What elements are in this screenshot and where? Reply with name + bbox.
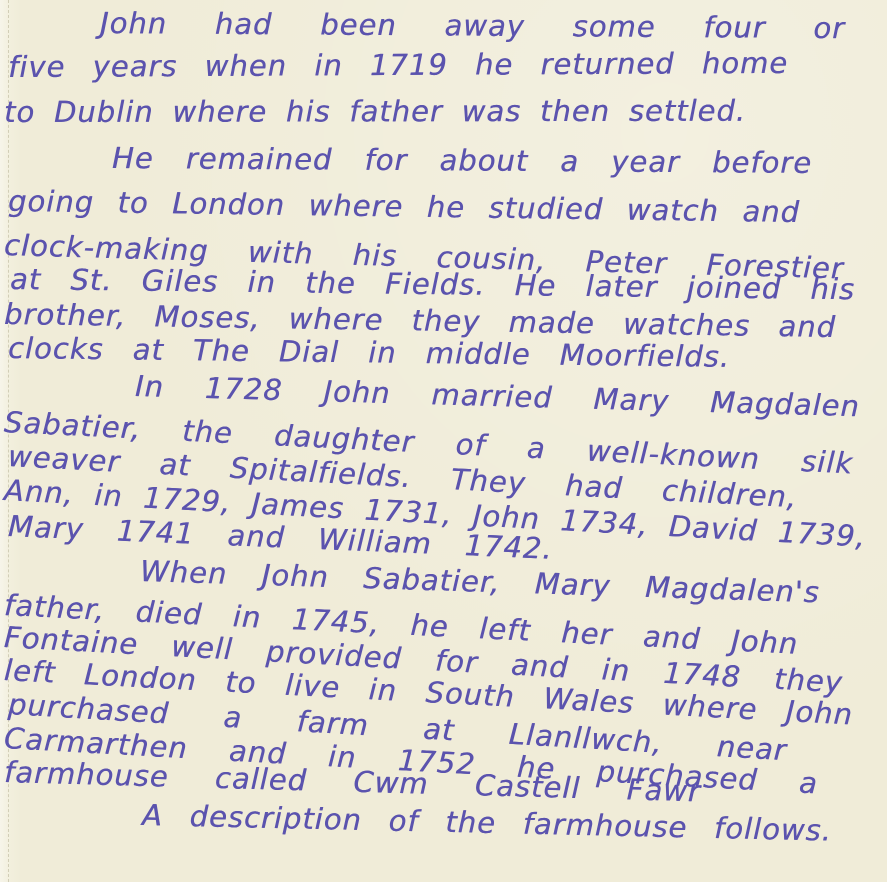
handwritten-line: clocks at The Dial in middle Moorfields. [8,333,730,374]
handwritten-line: five years when in 1719 he returned home [8,48,788,84]
handwritten-line: A description of the farmhouse follows. [142,800,833,848]
handwritten-line: In 1728 John married Mary Magdalen [135,371,861,423]
handwritten-line: John had been away some four or [100,8,845,45]
manuscript-page: John had been away some four or five yea… [0,0,887,882]
handwritten-line: to Dublin where his father was then sett… [4,96,746,129]
handwritten-line: going to London where he studied watch a… [8,186,800,229]
handwritten-line: He remained for about a year before [112,143,812,180]
